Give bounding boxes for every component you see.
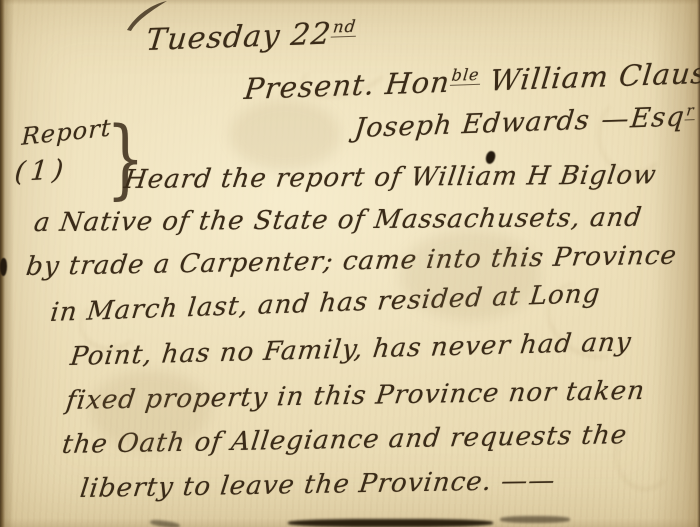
margin-report-label: Report <box>21 115 112 151</box>
margin-item-number-text: (1) <box>13 154 69 188</box>
attendee-title-text: Esq <box>629 102 686 135</box>
edge-ink-blot <box>0 258 7 276</box>
manuscript-page: Tuesday 22nd Present. Honble William Cla… <box>0 0 700 527</box>
body-line: the Oath of Allegiance and requests the <box>60 421 628 459</box>
ink-smudge <box>288 519 493 527</box>
dash-mark: — <box>598 103 632 135</box>
margin-report-text: Report <box>21 114 112 151</box>
paper-stain <box>230 100 340 170</box>
ink-smudge <box>500 516 570 523</box>
present-name-text: William Claus <box>478 56 700 98</box>
margin-item-number: (1) <box>13 155 69 187</box>
body-line: a Native of the State of Massachusets, a… <box>32 204 644 238</box>
body-line: in March last, and has resided at Long <box>49 280 602 328</box>
present-line: Present. Honble William Claus <box>243 58 700 106</box>
body-line: fixed property in this Province nor take… <box>64 377 646 416</box>
body-line: Point, has no Family, has never had any <box>69 328 633 371</box>
present-text: Present. Hon <box>243 65 452 106</box>
body-line: by trade a Carpenter; came into this Pro… <box>24 242 678 282</box>
attendee-name-text: Joseph Edwards <box>353 105 592 144</box>
honorific-superscript: ble <box>450 65 482 86</box>
ink-smudge <box>150 519 181 527</box>
attendee-title-superscript: r <box>684 101 696 120</box>
date-ordinal-superscript: nd <box>331 17 358 38</box>
body-line: Heard the report of William H Biglow <box>122 161 658 194</box>
date-text: Tuesday 22 <box>144 17 333 58</box>
body-line: liberty to leave the Province. —— <box>78 467 557 504</box>
attendee-line: Joseph Edwards —Esqr — <box>353 101 700 144</box>
date-line: Tuesday 22nd <box>145 17 359 57</box>
